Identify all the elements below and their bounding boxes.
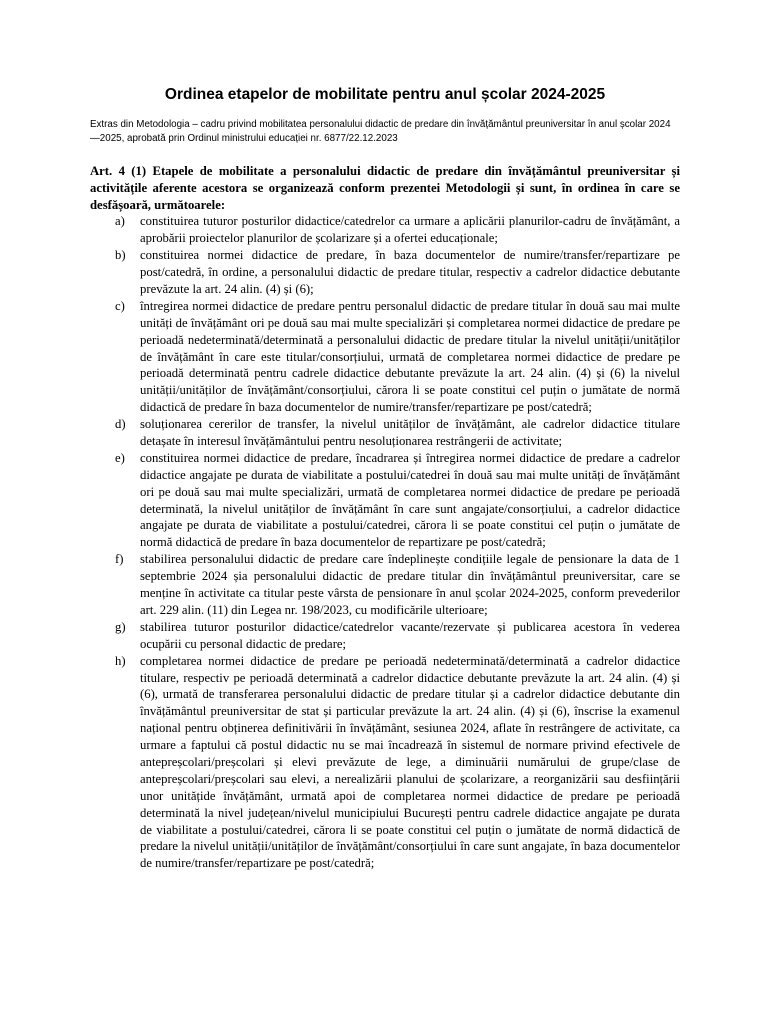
list-item-text: constituirea tuturor posturilor didactic… — [140, 214, 680, 245]
article-intro-paragraph: Art. 4 (1) Etapele de mobilitate a perso… — [90, 163, 680, 214]
list-item-text: stabilirea tuturor posturilor didactice/… — [140, 620, 680, 651]
list-item-text: soluționarea cererilor de transfer, la n… — [140, 417, 680, 448]
list-item-e: e) constituirea normei didactice de pred… — [90, 450, 680, 551]
mobility-stages-list: a) constituirea tuturor posturilor didac… — [90, 213, 680, 872]
list-item-label: g) — [115, 619, 126, 636]
list-item-c: c) întregirea normei didactice de predar… — [90, 298, 680, 416]
list-item-text: constituirea normei didactice de predare… — [140, 248, 680, 296]
list-item-label: b) — [115, 247, 126, 264]
list-item-text: constituirea normei didactice de predare… — [140, 451, 680, 549]
list-item-text: stabilirea personalului didactic de pred… — [140, 552, 680, 617]
list-item-label: a) — [115, 213, 125, 230]
list-item-d: d) soluționarea cererilor de transfer, l… — [90, 416, 680, 450]
list-item-f: f) stabilirea personalului didactic de p… — [90, 551, 680, 619]
list-item-a: a) constituirea tuturor posturilor didac… — [90, 213, 680, 247]
list-item-label: c) — [115, 298, 125, 315]
document-page: Ordinea etapelor de mobilitate pentru an… — [0, 0, 768, 1024]
list-item-label: d) — [115, 416, 126, 433]
list-item-text: întregirea normei didactice de predare p… — [140, 299, 680, 414]
page-title: Ordinea etapelor de mobilitate pentru an… — [90, 85, 680, 104]
list-item-b: b) constituirea normei didactice de pred… — [90, 247, 680, 298]
list-item-h: h) completarea normei didactice de preda… — [90, 653, 680, 873]
list-item-text: completarea normei didactice de predare … — [140, 654, 680, 871]
list-item-label: f) — [115, 551, 123, 568]
list-item-label: e) — [115, 450, 125, 467]
document-subtitle: Extras din Metodologia – cadru privind m… — [90, 118, 680, 145]
list-item-g: g) stabilirea tuturor posturilor didacti… — [90, 619, 680, 653]
list-item-label: h) — [115, 653, 126, 670]
